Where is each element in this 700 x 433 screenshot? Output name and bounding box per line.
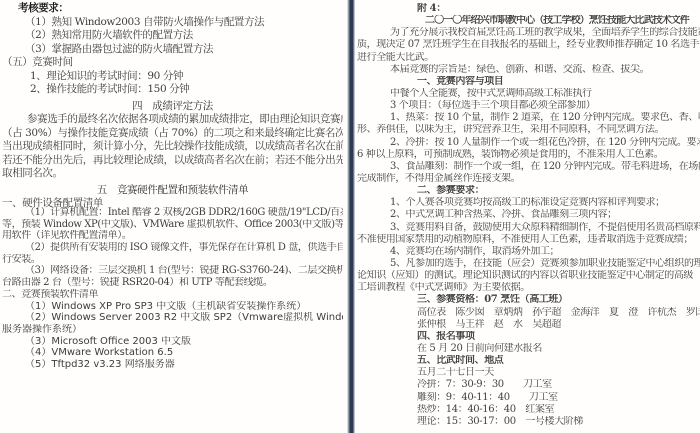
text-line: 在 5 月 20 日前向何建水报名 xyxy=(357,343,700,355)
right-page-competition-document: 附 4：二〇一〇年绍兴市职教中心（技工学校）烹饪技能大比武技术文件为了充分展示我… xyxy=(357,3,700,428)
text-line: 高位表 陈少囡 章炳炳 孙宇超 金海洋 夏 澄 许杭杰 罗国斌 xyxy=(357,307,700,319)
left-page-hardware-software-section: （1）计算机配置：Intel 酷睿 2 双核/2GB DDR2/160G 硬盘/… xyxy=(2,207,343,371)
text-line: （2）Windows Server 2003 R2 中文版 SP2（Vmware… xyxy=(2,312,343,324)
text-line: 2、操作技能的考试时间：150 分钟 xyxy=(2,83,343,97)
text-line: 工培训教程《中式烹调师》为主要依据。 xyxy=(357,282,700,294)
text-line: （1）熟知 Window2003 自带防火墙操作与配置方法 xyxy=(2,16,343,30)
text-line: 五月二十七日一天 xyxy=(357,367,700,379)
text-line: 二、竞赛预装软件清单 xyxy=(2,289,343,301)
left-page-assessment-section: 考核要求：（1）熟知 Window2003 自带防火墙操作与配置方法（2）熟知常… xyxy=(2,2,343,211)
text-line: 冷拼：7：30-9：30 刀工室 xyxy=(357,379,700,391)
text-line: 1、理论知识的考试时间：90 分钟 xyxy=(2,70,343,84)
text-line: （3）Microsoft Office 2003 中文版 xyxy=(2,336,343,348)
document-page-right: 附 4：二〇一〇年绍兴市职教中心（技工学校）烹饪技能大比武技术文件为了充分展示我… xyxy=(355,0,700,433)
text-line: （占 30%）与操作技能竞赛成绩（占 70%）的二项之和来最终确定比赛名次， xyxy=(2,127,343,141)
text-line: 2、冷拼：按 10 人量制作一个或一组花色冷拼，在 120 分钟内完成。要求用 xyxy=(357,137,700,149)
text-line: 热炒：14：40-16：40 红案室 xyxy=(357,404,700,416)
text-line: 1、热菜：按 10 个量，制作 2 道菜，在 120 分钟内完成。要求色、香、味… xyxy=(357,112,700,124)
text-line: 四 成绩评定方法 xyxy=(2,100,343,114)
text-line: 服务器操作系统） xyxy=(2,324,343,336)
text-line: 不准使用国家禁用的动植物原料，不准使用人工色素，违者取消选手竞赛成绩； xyxy=(357,234,700,246)
text-line: 二〇一〇年绍兴市职教中心（技工学校）烹饪技能大比武技术文件 xyxy=(357,15,700,27)
text-line: 四、报名事项 xyxy=(357,331,700,343)
text-line: 一、竞赛内容与项目 xyxy=(357,76,700,88)
text-line: 5、凡参加的选手，在技能（应会）竞赛须参加职业技能鉴定中心组织的理 xyxy=(357,258,700,270)
text-line: 附 4： xyxy=(357,3,700,15)
text-line: 进行全能大比武。 xyxy=(357,52,700,64)
text-line: 3、竞赛用料自备，鼓励使用大众原料精细制作，不提倡使用名贵高档原料。 xyxy=(357,222,700,234)
text-line: 等，预装 Window XP(中文版)、VMWare 虚拟机软件、Office … xyxy=(2,219,343,231)
text-line: 行安装。 xyxy=(2,254,343,266)
text-line: 形、养俱佳，以味为主，讲究营养卫生，采用不同原料，不同烹调方法。 xyxy=(357,124,700,136)
text-line: （5）Tftpd32 v3.23 网络服务器 xyxy=(2,359,343,371)
text-line: 二、参赛要求： xyxy=(357,185,700,197)
text-line: （3）掌握路由器包过滤的防火墙配置方法 xyxy=(2,43,343,57)
text-line: 2、中式烹调工种含热菜、冷拼、食品雕刻三项内容； xyxy=(357,209,700,221)
text-line: （4）VMware Workstation 6.5 xyxy=(2,347,343,359)
text-line: （2）熟知常用防火墙软件的配置方法 xyxy=(2,29,343,43)
text-line: 五 竞赛硬件配置和预装软件清单 xyxy=(2,184,343,198)
text-line: 论知识（应知）的测试。理论知识测试的内容以省职业技能鉴定中心制定的高级 xyxy=(357,270,700,282)
text-line: 当出现成绩相同时，须计算小分，先比较操作技能成绩，以成绩高者名次在前； xyxy=(2,140,343,154)
text-line: 1、个人赛各项竞赛均按高级工的标准设定竞赛内容和评判要求； xyxy=(357,197,700,209)
text-line: 台路由器 2 台（型号：锐捷 RSR20-04）和 UTP 等配套线缆。 xyxy=(2,277,343,289)
text-line: 用软件（详见软件配置清单）。 xyxy=(2,230,343,242)
text-line: （1）Windows XP Pro SP3 中文版（主机缺省安装操作系统） xyxy=(2,301,343,313)
text-line: 3 个项目：（每位选手三个项目都必须全部参加） xyxy=(357,100,700,112)
text-line: 完成制作，不得用金属丝作连接支架。 xyxy=(357,173,700,185)
text-line: 雕刻：9：40-11：40 刀工室 xyxy=(357,392,700,404)
text-line: （1）计算机配置：Intel 酷睿 2 双核/2GB DDR2/160G 硬盘/… xyxy=(2,207,343,219)
text-line: 三、参赛资格：07 烹饪（高工班） xyxy=(357,294,700,306)
text-line: 3、食品雕刻：制作一个或一组，在 120 分钟内完成。带毛料进场，在场内 xyxy=(357,161,700,173)
page-divider xyxy=(347,0,355,433)
text-line: 本届竞赛的宗旨是：绿色、创新、和谐、交流、检查、拔尖。 xyxy=(357,64,700,76)
text-line: 中餐个人全能赛，按中式烹调师高级工标准执行 xyxy=(357,88,700,100)
text-line: 为了充分展示我校首届烹饪高工班的教学成果，全面培养学生的综合技能素 xyxy=(357,27,700,39)
text-line: 6 种以上原料，可预制成熟，装饰物必须是食用的，不准采用人工色素。 xyxy=(357,149,700,161)
text-line: 参赛选手的最终名次依据各项成绩的累加成绩排定，即由理论知识竞赛成绩 xyxy=(2,113,343,127)
text-line: 质，现决定 07 烹饪班学生在自我报名的基础上，经专业教师推荐确定 10 名选手 xyxy=(357,39,700,51)
document-page-left: 考核要求：（1）熟知 Window2003 自带防火墙操作与配置方法（2）熟知常… xyxy=(0,0,347,433)
text-line: 张仲根 马王祥 赵 水 吴超超 xyxy=(357,319,700,331)
text-line: （五）竞赛时间 xyxy=(2,56,343,70)
text-line: 理论：15：30-17：00 一号楼大阶梯 xyxy=(357,416,700,428)
text-line: 考核要求： xyxy=(2,2,343,16)
text-line: 取相同名次。 xyxy=(2,167,343,181)
text-line: 若还不能分出先后，再比较理论成绩，以成绩高者名次在前；若还不能分出先后， xyxy=(2,154,343,168)
text-line: （2）提供所有安装用的 ISO 镜像文件，事先保存在计算机 D 盘，供选手自 xyxy=(2,242,343,254)
text-line: 五、比武时间、地点 xyxy=(357,355,700,367)
text-line: （3）网络设备：三层交换机 1 台(型号：锐捷 RG-S3760-24)、二层交… xyxy=(2,265,343,277)
text-line: 4、竞赛均在场内制作，取消场外加工； xyxy=(357,246,700,258)
